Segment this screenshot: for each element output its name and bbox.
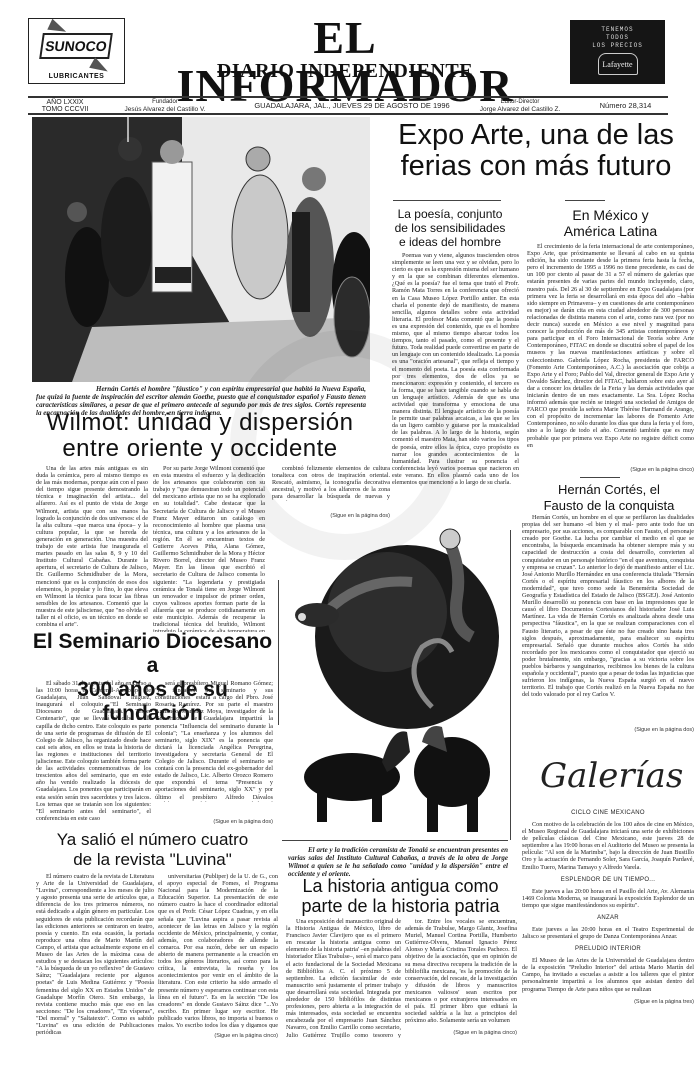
headline-line: La historia antigua como [283, 876, 518, 896]
wilmot-col1: Una de las artes más antiguas es sin dud… [36, 465, 148, 632]
headline-line: Fausto de la conquista [520, 498, 698, 514]
continued-note: (Sigue en la página dos) [522, 727, 694, 733]
galerias-section-body: Con motivo de la celebración de los 100 … [522, 821, 694, 871]
headline-line: ferias con más futuro [376, 151, 696, 182]
headline-line: La poesía, conjunto [388, 207, 512, 221]
galerias-section-heading: CICLO CINE MEXICANO [522, 810, 694, 816]
founder-name: Jesús Alvarez del Castillo V. [110, 106, 220, 113]
galerias-title: Galerías [540, 752, 680, 800]
founder-block: Fundador Jesús Alvarez del Castillo V. [110, 99, 220, 113]
ad-line-2: TODOS [570, 34, 665, 42]
lafayette-logo: Lafayette [598, 53, 638, 75]
headline-line: Ya salió el número cuatro [30, 830, 275, 850]
watermark [230, 330, 460, 560]
ad-line-3: LOS PRECIOS [570, 42, 665, 50]
volume-label: TOMO CCCVII [40, 106, 90, 113]
continued-note: (Sigue en la página dos) [155, 819, 273, 825]
headline-line: parte de la historia patria [283, 896, 518, 916]
galerias-section-body: Este jueves a las 20:00 horas en el Teat… [522, 926, 694, 940]
headline-line: de la revista "Luvina" [30, 850, 275, 870]
historia-col1: Una exposición del manuscrito original d… [286, 918, 401, 1038]
divider [393, 200, 501, 201]
sunoco-logo: SUNOCO [39, 33, 113, 59]
galerias-section-body: El Museo de las Artes de la Universidad … [522, 957, 694, 992]
lafayette-ad: TENEMOS TODOS LOS PRECIOS Lafayette [570, 20, 665, 84]
column-rule [278, 580, 279, 725]
historia-col2: tor. Entre los vocales se encuentran, ad… [405, 918, 517, 1023]
editor-name: Jorge Alvarez del Castillo Z. [465, 106, 575, 113]
headline-line: e ideas del hombre [388, 235, 512, 249]
year-volume: AÑO LXXIX TOMO CCCVII [40, 99, 90, 113]
seminario-col1: El sábado 31 de agosto del año en curso … [36, 680, 151, 825]
historia-headline: La historia antigua como parte de la his… [283, 876, 518, 916]
column-rule [510, 530, 511, 840]
mexico-latina-body: El crecimiento de la feria internacional… [527, 243, 694, 465]
divider [565, 200, 605, 201]
dateline-date: GUADALAJARA, JAL., JUEVES 29 DE AGOSTO D… [232, 102, 472, 109]
poesia-headline: La poesía, conjunto de los sensibilidade… [388, 207, 512, 249]
masthead-rule-top [28, 96, 668, 98]
luvina-col2: universitarias (Publiper) de la U. de G.… [158, 873, 278, 1028]
galerias-list: CICLO CINE MEXICANO Con motivo de la cel… [522, 810, 694, 1005]
seminario-col2: será el presbítero Miguel Romano Gómez; … [155, 680, 273, 802]
expo-arte-headline: Expo Arte, una de las ferias con más fut… [376, 120, 696, 182]
issue-number: Número 28,314 [588, 102, 663, 109]
headline-line: El Seminario Diocesano a [30, 630, 275, 678]
sunoco-ad: SUNOCO LUBRICANTES [28, 18, 125, 84]
galerias-section-body: Este jueves a las 20:00 horas en el Pasi… [522, 888, 694, 909]
ceramic-figures-image [282, 527, 508, 843]
headline-line: Expo Arte, una de las [376, 120, 696, 151]
continued-note: (Sigue en la página cinco) [527, 467, 694, 473]
editor-label: Editor-Director [465, 99, 575, 106]
masthead-rule-bottom [28, 113, 668, 115]
luvina-headline: Ya salió el número cuatro de la revista … [30, 830, 275, 870]
continued-note: (Sigue en la página cinco) [158, 1033, 278, 1039]
year-label: AÑO LXXIX [40, 99, 90, 106]
newspaper-subtitle: DIARIO INDEPENDIENTE [200, 60, 490, 83]
headline-line: América Latina [528, 223, 693, 239]
ad-line-1: TENEMOS [570, 26, 665, 34]
ceramics-photo-caption: El arte y la tradición ceramista de Tona… [288, 846, 508, 878]
divider [580, 477, 620, 478]
galerias-section-heading: ESPLENDOR DE UN TIEMPO... [522, 877, 694, 883]
cortes-fausto-headline: Hernán Cortés, el Fausto de la conquista [520, 482, 698, 514]
founder-label: Fundador [110, 99, 220, 106]
ceramics-photo [282, 527, 508, 843]
luvina-col1: El número cuatro de la revista de Litera… [36, 873, 154, 1041]
mexico-latina-headline: En México y América Latina [528, 207, 693, 239]
continued-note: (Sigue en la página tres) [522, 999, 694, 1005]
galerias-section-heading: ANZAR [522, 915, 694, 921]
headline-line: En México y [528, 207, 693, 223]
galerias-section-heading: PRELUDIO INTERIOR [522, 946, 694, 952]
continued-note: (Sigue en la página cinco) [405, 1030, 517, 1036]
cortes-fausto-body: Hernán Cortés, un hombre en el que se pe… [522, 514, 694, 726]
editor-block: Editor-Director Jorge Alvarez del Castil… [465, 99, 575, 113]
headline-line: de los sensibilidades [388, 221, 512, 235]
headline-line: Hernán Cortés, el [520, 482, 698, 498]
sunoco-tagline: LUBRICANTES [29, 73, 124, 80]
